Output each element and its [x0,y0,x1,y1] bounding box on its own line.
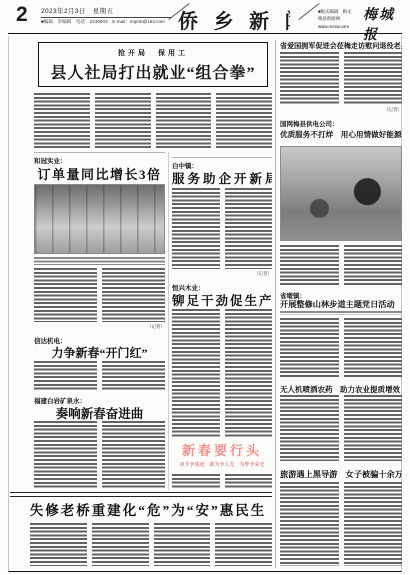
promo-ad-band: 新春要行头 双手争钱途 敢为争人先 为梦争荣光 [172,440,272,468]
lead-kicker: 抢开局 保用工 [39,48,267,58]
machinery-headline: 铆足干劲促生产 [172,291,272,309]
promo-ad-headline: 新春要行头 [172,440,272,459]
bottom-article-rule [10,492,272,497]
header-rule [8,33,402,34]
orders-top-rule [34,152,165,153]
water-body-text [34,421,165,489]
power-kicker: 国网梅县供电公司： [280,119,402,128]
veterans-headline: 省爱国拥军促进会莅梅走访慰问退役老兵 [280,41,402,51]
main-column-divider [275,40,276,568]
header-right-line1: ■版式编辑 梅文 [318,8,366,15]
editor-line: ■编辑：李编辑 电话：2230003 E-mail：mqmb@163.com [41,19,171,25]
motor-headline: 力争新春“开门红” [34,344,165,361]
orders-byline: （记者） [34,324,165,330]
veterans-body-text [280,52,402,105]
divider-slash-right-icon [298,3,319,20]
trail-headline: 开展整修山林步道主题党日活动 [280,299,402,310]
section-title: 侨 乡 新 闻 [178,5,290,34]
machinery-tail-text [172,474,272,489]
newspaper-page: 2 2023年2月3日 星期五 ■编辑：李编辑 电话：2230003 E-mai… [0,0,410,575]
page-number: 2 [16,3,28,27]
date-line: 2023年2月3日 星期五 [41,6,171,18]
date-block: 2023年2月3日 星期五 ■编辑：李编辑 电话：2230003 E-mail：… [41,6,171,25]
bridge-body-text [30,523,272,566]
baizhong-headline: 服务助企开新局 [172,169,272,187]
trail-body-text [280,318,402,379]
baizhong-body-text [172,188,272,269]
orders-headline: 订单量同比增长3倍 [34,164,165,183]
sub-column-divider [168,152,169,490]
lead-headline: 县人社局打出就业“组合拳” [39,60,267,83]
orders-body-text [34,268,165,322]
orders-photo-caption [34,257,165,265]
baizhong-byline: （记者） [172,271,272,277]
power-photo [280,146,402,241]
orders-photo [34,184,165,254]
power-headline: 优质服务不打烊 用心用情做好能源保供电 [280,129,402,140]
drone-headline: 无人机喷洒农药 助力农业提质增效 [280,384,402,395]
promo-ad-slogan: 双手争钱途 敢为争人先 为梦争荣光 [172,461,272,468]
scam-headline: 旅游遇上黑导游 女子被骗十余万 [280,469,402,480]
power-body-text [280,245,402,287]
water-headline: 奏响新春奋进曲 [34,404,165,422]
drone-body-text [280,395,402,461]
lead-body-text [34,93,272,149]
scam-body-text [280,482,402,566]
trail-lead-line [280,311,402,315]
lead-story-box: 抢开局 保用工 县人社局打出就业“组合拳” [38,42,268,87]
header-right-line2: 梅县新闻网 www.mzxw.com [318,15,366,30]
motor-body-text [34,361,165,391]
baizhong-top-rule [172,157,272,158]
bridge-headline: 失修老桥重建化“危”为“安”惠民生 [24,499,272,519]
veterans-byline: （记者） [280,107,402,113]
machinery-body-text [172,309,272,437]
header-right-info: ■版式编辑 梅文 梅县新闻网 www.mzxw.com [318,8,366,30]
